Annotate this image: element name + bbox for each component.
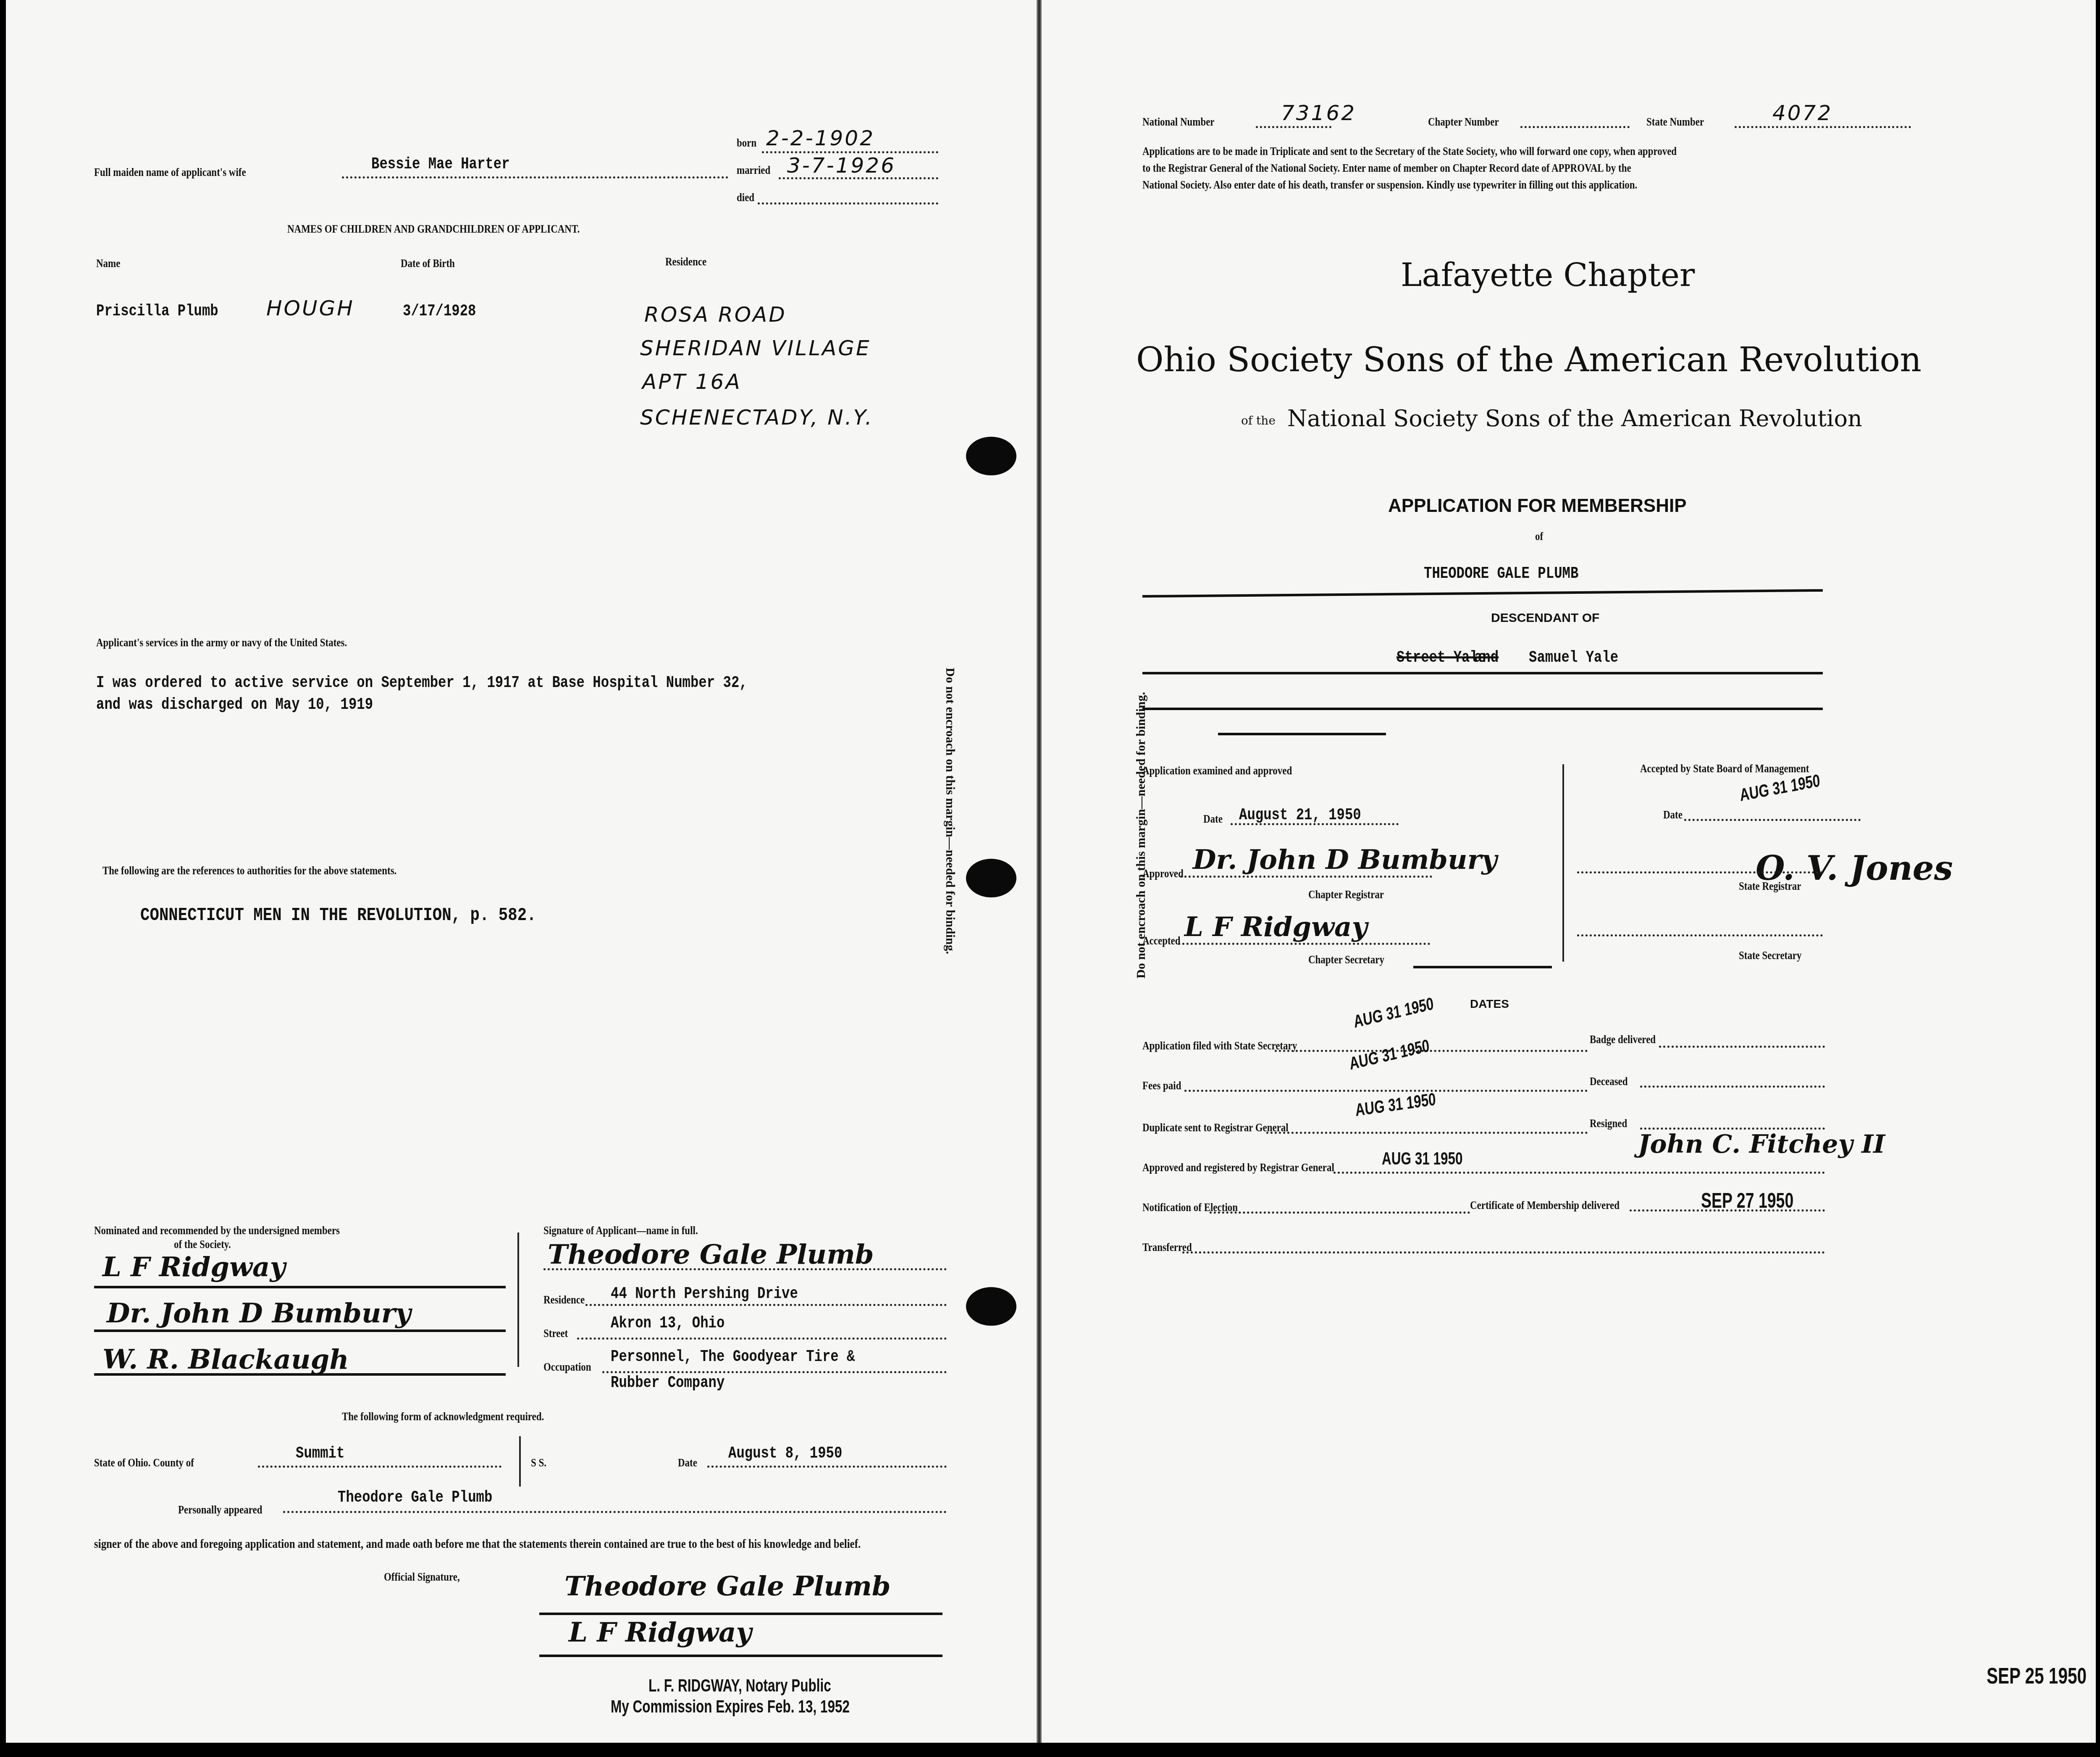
date-row-line — [1182, 1251, 1825, 1254]
approval-divider — [1562, 764, 1564, 962]
nominator-line-3 — [94, 1373, 506, 1376]
national-number-label: National Number — [1142, 115, 1215, 129]
col-dob-header: Date of Birth — [401, 257, 455, 270]
chapter-number-label: Chapter Number — [1428, 115, 1499, 129]
street-label: Street — [543, 1327, 568, 1340]
died-label: died — [737, 191, 754, 205]
appeared-value: Theodore Gale Plumb — [338, 1489, 492, 1507]
child-residence-line-3: APT 16A — [642, 370, 742, 394]
services-label: Applicant's services in the army or navy… — [96, 636, 347, 650]
notary-signature: L F Ridgway — [569, 1617, 752, 1648]
child-residence-line-2: SHERIDAN VILLAGE — [640, 336, 871, 360]
services-line-2: and was discharged on May 10, 1919 — [96, 696, 373, 714]
scan-edge-right — [2096, 0, 2100, 1757]
national-number-value: 73162 — [1281, 101, 1356, 125]
ack-date-line — [707, 1466, 947, 1468]
references-value: CONNECTICUT MEN IN THE REVOLUTION, p. 58… — [140, 905, 536, 926]
married-line — [779, 177, 938, 179]
application-title: APPLICATION FOR MEMBERSHIP — [1388, 496, 1687, 517]
date-row-line — [1275, 1050, 1588, 1052]
approved-label: Approved — [1142, 867, 1184, 881]
children-heading: NAMES OF CHILDREN AND GRANDCHILDREN OF A… — [287, 223, 580, 236]
state-registrar-label: State Registrar — [1739, 880, 1801, 893]
date-row-label: Approved and registered by Registrar Gen… — [1142, 1161, 1334, 1175]
instructions-line-3: National Society. Also enter date of his… — [1142, 178, 1637, 192]
chapter-title: Lafayette Chapter — [1401, 256, 1695, 294]
child-name: Priscilla Plumb — [96, 302, 218, 320]
wife-name-line — [342, 176, 728, 178]
child-dob: 3/17/1928 — [403, 302, 476, 320]
street-line — [577, 1337, 947, 1340]
ack-date-label: Date — [678, 1456, 697, 1470]
national-number-line — [1256, 126, 1331, 128]
services-line-1: I was ordered to active service on Septe… — [96, 674, 748, 692]
occupation-value-2: Rubber Company — [611, 1374, 724, 1392]
chapter-date-value: August 21, 1950 — [1239, 806, 1361, 824]
accepted-line — [1178, 943, 1430, 945]
date-row-line — [1184, 1090, 1588, 1092]
state-date-label: Date — [1663, 808, 1683, 822]
applicant-signature: Theodore Gale Plumb — [548, 1239, 874, 1270]
date-row-stamp: AUG 31 1950 — [1348, 1035, 1431, 1074]
occupation-label: Occupation — [543, 1361, 591, 1374]
county-line — [258, 1466, 501, 1468]
notary-name: L. F. RIDGWAY, Notary Public — [648, 1676, 831, 1696]
oath-text: signer of the above and foregoing applic… — [94, 1535, 947, 1553]
state-number-line — [1735, 126, 1911, 128]
chapter-registrar-signature: Dr. John D Bumbury — [1193, 844, 1497, 876]
date-row-right-label: Badge delivered — [1590, 1033, 1656, 1046]
child-residence-line-1: ROSA ROAD — [644, 302, 787, 327]
nominator-signature-2: Dr. John D Bumbury — [107, 1298, 411, 1329]
date-row-right-label: Resigned — [1590, 1117, 1627, 1130]
street-value: Akron 13, Ohio — [611, 1314, 724, 1332]
scan-edge-bottom — [0, 1743, 2100, 1757]
child-residence-line-4: SCHENECTADY, N.Y. — [640, 405, 874, 430]
wife-label: Full maiden name of applicant's wife — [94, 166, 246, 179]
ancestor-struck-2: and — [1474, 649, 1499, 667]
ancestor-line-2 — [1142, 708, 1823, 710]
married-value: 3-7-1926 — [787, 153, 896, 178]
appeared-label: Personally appeared — [178, 1503, 262, 1517]
state-number-value: 4072 — [1772, 101, 1832, 125]
left-page: Full maiden name of applicant's wife Bes… — [0, 0, 1043, 1743]
applicant-signature-line — [543, 1268, 947, 1270]
ack-date-value: August 8, 1950 — [728, 1445, 842, 1463]
binding-margin-note-left: Do not encroach on this margin—needed fo… — [943, 668, 957, 954]
chapter-number-line — [1520, 126, 1630, 128]
residence-value: 44 North Pershing Drive — [611, 1285, 798, 1303]
residence-line — [585, 1304, 947, 1306]
nominator-signature-1: L F Ridgway — [102, 1251, 286, 1283]
chapter-date-label: Date — [1203, 813, 1223, 826]
county-value: Summit — [296, 1445, 344, 1463]
official-signature-line-1 — [539, 1613, 942, 1615]
approved-line — [1180, 876, 1432, 878]
binding-hole-left-1 — [966, 437, 1016, 475]
applicant-name: THEODORE GALE PLUMB — [1424, 565, 1578, 583]
dates-heading: DATES — [1470, 997, 1509, 1011]
date-row-right-line — [1630, 1209, 1825, 1212]
ss-label: S S. — [531, 1456, 546, 1470]
chapter-secretary-signature: L F Ridgway — [1184, 911, 1368, 943]
ss-bracket — [519, 1436, 521, 1487]
binding-hole-left-3 — [966, 1287, 1016, 1326]
col-name-header: Name — [96, 257, 120, 270]
date-row-stamp: AUG 31 1950 — [1354, 1089, 1436, 1120]
applicant-name-line — [1142, 589, 1823, 598]
binding-hole-left-2 — [966, 859, 1016, 897]
state-registrar-line — [1577, 871, 1823, 873]
date-row-line — [1266, 1132, 1588, 1134]
notary-commission: My Commission Expires Feb. 13, 1952 — [611, 1697, 850, 1717]
occupation-line — [602, 1371, 947, 1373]
date-row-label: Fees paid — [1142, 1079, 1181, 1093]
official-signature-line-2 — [539, 1655, 942, 1657]
state-secretary-label: State Secretary — [1739, 949, 1801, 962]
residence-label: Residence — [543, 1293, 585, 1307]
acknowledgment-heading: The following form of acknowledgment req… — [342, 1410, 544, 1424]
died-line — [758, 202, 938, 205]
instructions-line-2: to the Registrar General of the National… — [1142, 162, 1631, 175]
date-row-stamp: AUG 31 1950 — [1382, 1149, 1463, 1169]
national-prefix: of the — [1241, 414, 1276, 427]
nominator-line-1 — [94, 1286, 506, 1288]
state-number-label: State Number — [1646, 115, 1704, 129]
registrar-general-signature: John C. Fitchey II — [1638, 1130, 1885, 1159]
appeared-line — [283, 1511, 947, 1513]
society-title: Ohio Society Sons of the American Revolu… — [1136, 340, 1921, 379]
date-row-right-label: Certificate of Membership delivered — [1470, 1199, 1620, 1212]
state-approval-heading: Accepted by State Board of Management — [1640, 762, 1809, 776]
chapter-registrar-label: Chapter Registrar — [1308, 888, 1384, 902]
chapter-approval-heading: Application examined and approved — [1142, 764, 1292, 778]
born-value: 2-2-1902 — [766, 126, 875, 150]
ancestor-name: Samuel Yale — [1529, 649, 1618, 667]
col-residence-header: Residence — [665, 255, 706, 269]
applicant-signature-label: Signature of Applicant—name in full. — [543, 1224, 698, 1238]
instructions-line-1: Applications are to be made in Triplicat… — [1142, 145, 1677, 158]
date-row-label: Application filed with State Secretary — [1142, 1039, 1297, 1053]
date-row-stamp: AUG 31 1950 — [1352, 993, 1435, 1032]
state-date-line — [1684, 819, 1861, 821]
state-secretary-line — [1577, 934, 1823, 936]
nominator-line-2 — [94, 1330, 506, 1332]
references-label: The following are the references to auth… — [102, 864, 396, 878]
ancestor-struck-1: Street Yale — [1396, 649, 1486, 667]
ancestor-line-3 — [1218, 733, 1386, 735]
descendant-label: DESCENDANT OF — [1491, 611, 1599, 625]
nomination-label-2: of the Society. — [174, 1238, 231, 1251]
born-label: born — [737, 136, 756, 150]
nomination-label-1: Nominated and recommended by the undersi… — [94, 1224, 340, 1238]
bottom-received-stamp: SEP 25 1950 — [1987, 1663, 2087, 1689]
state-county-label: State of Ohio. County of — [94, 1456, 194, 1470]
chapter-secretary-label: Chapter Secretary — [1308, 953, 1384, 967]
official-signature-label: Official Signature, — [384, 1571, 460, 1584]
approval-bottom-rule — [1413, 966, 1552, 968]
nomination-divider — [517, 1233, 519, 1367]
of-label: of — [1535, 530, 1543, 543]
page-fold — [1037, 0, 1042, 1743]
married-label: married — [737, 164, 770, 177]
child-married-name: HOUGH — [266, 296, 354, 320]
nominator-signature-3: W. R. Blackaugh — [102, 1344, 349, 1375]
occupation-value-1: Personnel, The Goodyear Tire & — [611, 1348, 855, 1366]
date-row-right-label: Deceased — [1590, 1075, 1628, 1088]
date-row-right-line — [1659, 1046, 1825, 1048]
applicant-oath-signature: Theodore Gale Plumb — [564, 1571, 891, 1602]
date-row-line — [1210, 1212, 1470, 1214]
ancestor-line-1 — [1142, 672, 1823, 674]
national-title: National Society Sons of the American Re… — [1287, 405, 1862, 432]
right-page: National Number 73162 Chapter Number Sta… — [1042, 0, 2096, 1743]
date-row-line — [1333, 1172, 1825, 1174]
chapter-date-line — [1231, 823, 1399, 825]
accepted-label: Accepted — [1142, 934, 1181, 948]
wife-name: Bessie Mae Harter — [371, 155, 510, 173]
date-row-right-line — [1640, 1086, 1825, 1088]
